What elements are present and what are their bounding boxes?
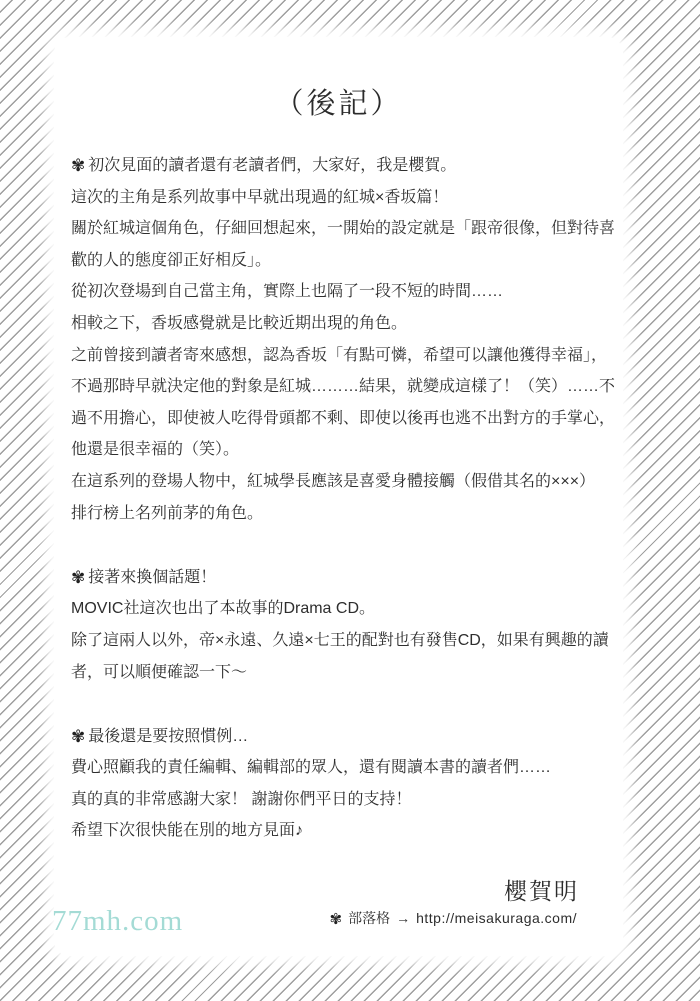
body-line: 他還是很幸福的（笑）。 xyxy=(71,434,617,466)
body-line: 除了這兩人以外，帝×永遠、久遠×七王的配對也有發售CD，如果有興趣的讀 xyxy=(71,625,617,657)
body-line: 排行榜上名列前茅的角色。 xyxy=(71,498,617,530)
section-heading: ✾最後還是要按照慣例… xyxy=(71,720,617,753)
section-drama-cd: ✾接著來換個話題！ MOVIC社這次也出了本故事的Drama CD。 除了這兩人… xyxy=(71,561,617,688)
blog-url: http://meisakuraga.com/ xyxy=(416,910,577,926)
body-line: 關於紅城這個角色，仔細回想起來，一開始的設定就是「跟帝很像，但對待喜 xyxy=(71,213,617,245)
body-line: 相較之下，香坂感覺就是比較近期出現的角色。 xyxy=(71,308,617,340)
afterword-page: （後記） ✾初次見面的讀者還有老讀者們，大家好，我是櫻賀。 這次的主角是系列故事… xyxy=(54,37,623,956)
body-line: 在這系列的登場人物中，紅城學長應該是喜愛身體接觸（假借其名的×××） xyxy=(71,466,617,498)
flower-icon: ✾ xyxy=(71,562,85,594)
body-line: 過不用擔心，即使被人吃得骨頭都不剩、即使以後再也逃不出對方的手掌心， xyxy=(71,403,617,435)
section-intro: ✾初次見面的讀者還有老讀者們，大家好，我是櫻賀。 這次的主角是系列故事中早就出現… xyxy=(71,149,617,529)
body-line: 這次的主角是系列故事中早就出現過的紅城×香坂篇！ xyxy=(71,182,617,214)
section-heading: ✾初次見面的讀者還有老讀者們，大家好，我是櫻賀。 xyxy=(71,149,617,182)
blog-label: 部落格 xyxy=(348,910,390,926)
body-line: MOVIC社這次也出了本故事的Drama CD。 xyxy=(71,593,617,625)
afterword-text: ✾初次見面的讀者還有老讀者們，大家好，我是櫻賀。 這次的主角是系列故事中早就出現… xyxy=(71,149,617,847)
arrow-icon: → xyxy=(396,910,410,926)
section-thanks: ✾最後還是要按照慣例… 費心照顧我的責任編輯、編輯部的眾人，還有閱讀本書的讀者們… xyxy=(71,720,617,847)
section-heading-text: 初次見面的讀者還有老讀者們，大家好，我是櫻賀。 xyxy=(88,157,456,174)
body-line: 之前曾接到讀者寄來感想，認為香坂「有點可憐，希望可以讓他獲得幸福」， xyxy=(71,340,617,372)
body-line: 者，可以順便確認一下～ xyxy=(71,657,617,689)
section-heading: ✾接著來換個話題！ xyxy=(71,561,617,594)
body-line: 歡的人的態度卻正好相反」。 xyxy=(71,245,617,277)
section-heading-text: 最後還是要按照慣例… xyxy=(88,728,248,745)
flower-icon: ✾ xyxy=(71,150,85,182)
flower-icon: ✾ xyxy=(330,910,343,928)
page-title: （後記） xyxy=(54,81,623,122)
watermark: 77mh.com xyxy=(52,905,183,938)
blog-link-line: ✾部落格→http://meisakuraga.com/ xyxy=(330,908,577,928)
body-line: 希望下次很快能在別的地方見面♪ xyxy=(71,815,617,847)
body-line: 費心照顧我的責任編輯、編輯部的眾人，還有閱讀本書的讀者們…… xyxy=(71,752,617,784)
body-line: 從初次登場到自己當主角，實際上也隔了一段不短的時間…… xyxy=(71,276,617,308)
body-line: 真的真的非常感謝大家！ 謝謝你們平日的支持！ xyxy=(71,784,617,816)
flower-icon: ✾ xyxy=(71,721,85,753)
author-signature: 櫻賀明 xyxy=(504,873,579,906)
section-heading-text: 接著來換個話題！ xyxy=(88,569,216,586)
body-line: 不過那時早就決定他的對象是紅城………結果，就變成這樣了！（笑）……不 xyxy=(71,371,617,403)
